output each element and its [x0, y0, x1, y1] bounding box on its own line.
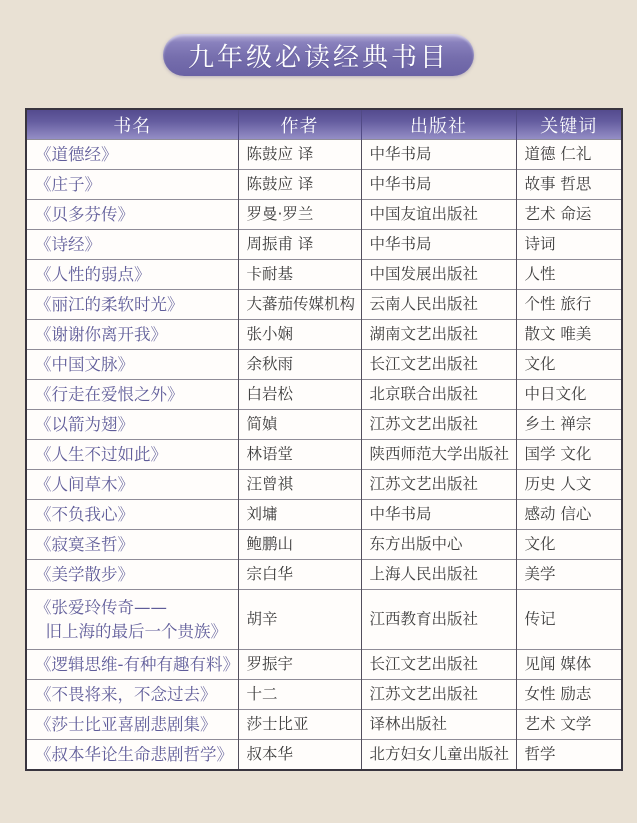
author-cell: 陈鼓应 译 [238, 170, 361, 200]
keywords-cell: 散文 唯美 [516, 320, 622, 350]
book-title-cell: 《道德经》 [26, 140, 238, 170]
table-row: 《人间草木》汪曾祺江苏文艺出版社历史 人文 [26, 470, 622, 500]
publisher-cell: 江苏文艺出版社 [361, 680, 516, 710]
author-cell: 卡耐基 [238, 260, 361, 290]
publisher-cell: 中华书局 [361, 230, 516, 260]
table-header: 书名 作者 出版社 关键词 [26, 109, 622, 140]
table-header-row: 书名 作者 出版社 关键词 [26, 109, 622, 140]
table-row: 《不负我心》刘墉中华书局感动 信心 [26, 500, 622, 530]
book-title-cell: 《寂寞圣哲》 [26, 530, 238, 560]
book-title-cell: 《中国文脉》 [26, 350, 238, 380]
book-title-cell: 《人间草木》 [26, 470, 238, 500]
book-title-cell: 《诗经》 [26, 230, 238, 260]
publisher-cell: 江苏文艺出版社 [361, 410, 516, 440]
keywords-cell: 文化 [516, 530, 622, 560]
author-cell: 陈鼓应 译 [238, 140, 361, 170]
author-cell: 简媜 [238, 410, 361, 440]
author-cell: 周振甫 译 [238, 230, 361, 260]
keywords-cell: 道德 仁礼 [516, 140, 622, 170]
keywords-cell: 哲学 [516, 740, 622, 771]
table-row: 《中国文脉》余秋雨长江文艺出版社文化 [26, 350, 622, 380]
table-row: 《逻辑思维-有种有趣有料》罗振宇长江文艺出版社见闻 媒体 [26, 650, 622, 680]
table-row: 《张爱玲传奇—— 旧上海的最后一个贵族》胡辛江西教育出版社传记 [26, 590, 622, 650]
author-cell: 白岩松 [238, 380, 361, 410]
table-row: 《行走在爱恨之外》白岩松北京联合出版社中日文化 [26, 380, 622, 410]
publisher-cell: 译林出版社 [361, 710, 516, 740]
author-cell: 叔本华 [238, 740, 361, 771]
keywords-cell: 艺术 文学 [516, 710, 622, 740]
author-cell: 大蕃茄传媒机构 [238, 290, 361, 320]
keywords-cell: 个性 旅行 [516, 290, 622, 320]
keywords-cell: 诗词 [516, 230, 622, 260]
author-cell: 汪曾祺 [238, 470, 361, 500]
book-title-cell: 《张爱玲传奇—— 旧上海的最后一个贵族》 [26, 590, 238, 650]
publisher-cell: 北京联合出版社 [361, 380, 516, 410]
table-row: 《不畏将来，不念过去》十二江苏文艺出版社女性 励志 [26, 680, 622, 710]
table-row: 《道德经》陈鼓应 译中华书局道德 仁礼 [26, 140, 622, 170]
column-header-publisher: 出版社 [361, 109, 516, 140]
publisher-cell: 东方出版中心 [361, 530, 516, 560]
book-title-cell: 《叔本华论生命悲剧哲学》 [26, 740, 238, 771]
author-cell: 罗振宇 [238, 650, 361, 680]
book-title-cell: 《不负我心》 [26, 500, 238, 530]
keywords-cell: 传记 [516, 590, 622, 650]
publisher-cell: 中国发展出版社 [361, 260, 516, 290]
book-title-cell: 《人生不过如此》 [26, 440, 238, 470]
book-title-cell: 《美学散步》 [26, 560, 238, 590]
author-cell: 十二 [238, 680, 361, 710]
book-title-cell: 《逻辑思维-有种有趣有料》 [26, 650, 238, 680]
keywords-cell: 中日文化 [516, 380, 622, 410]
book-title-cell: 《不畏将来，不念过去》 [26, 680, 238, 710]
book-title-cell: 《丽江的柔软时光》 [26, 290, 238, 320]
publisher-cell: 长江文艺出版社 [361, 650, 516, 680]
keywords-cell: 女性 励志 [516, 680, 622, 710]
keywords-cell: 感动 信心 [516, 500, 622, 530]
author-cell: 罗曼·罗兰 [238, 200, 361, 230]
author-cell: 胡辛 [238, 590, 361, 650]
keywords-cell: 乡土 禅宗 [516, 410, 622, 440]
book-table-body: 《道德经》陈鼓应 译中华书局道德 仁礼《庄子》陈鼓应 译中华书局故事 哲思《贝多… [26, 140, 622, 771]
author-cell: 宗白华 [238, 560, 361, 590]
keywords-cell: 文化 [516, 350, 622, 380]
column-header-author: 作者 [238, 109, 361, 140]
publisher-cell: 中华书局 [361, 170, 516, 200]
column-header-keywords: 关键词 [516, 109, 622, 140]
table-row: 《莎士比亚喜剧悲剧集》莎士比亚译林出版社艺术 文学 [26, 710, 622, 740]
publisher-cell: 江苏文艺出版社 [361, 470, 516, 500]
table-row: 《寂寞圣哲》鲍鹏山东方出版中心文化 [26, 530, 622, 560]
publisher-cell: 湖南文艺出版社 [361, 320, 516, 350]
table-row: 《丽江的柔软时光》大蕃茄传媒机构云南人民出版社个性 旅行 [26, 290, 622, 320]
table-row: 《人性的弱点》卡耐基中国发展出版社人性 [26, 260, 622, 290]
table-row: 《诗经》周振甫 译中华书局诗词 [26, 230, 622, 260]
book-title-cell: 《庄子》 [26, 170, 238, 200]
book-list-table: 书名 作者 出版社 关键词 《道德经》陈鼓应 译中华书局道德 仁礼《庄子》陈鼓应… [25, 108, 623, 771]
table-row: 《叔本华论生命悲剧哲学》叔本华北方妇女儿童出版社哲学 [26, 740, 622, 771]
author-cell: 莎士比亚 [238, 710, 361, 740]
keywords-cell: 故事 哲思 [516, 170, 622, 200]
page-title-banner: 九年级必读经典书目 [163, 34, 474, 76]
keywords-cell: 国学 文化 [516, 440, 622, 470]
publisher-cell: 中国友谊出版社 [361, 200, 516, 230]
column-header-book-title: 书名 [26, 109, 238, 140]
table-row: 《美学散步》宗白华上海人民出版社美学 [26, 560, 622, 590]
book-title-cell: 《人性的弱点》 [26, 260, 238, 290]
book-title-cell: 《贝多芬传》 [26, 200, 238, 230]
author-cell: 张小娴 [238, 320, 361, 350]
publisher-cell: 云南人民出版社 [361, 290, 516, 320]
author-cell: 刘墉 [238, 500, 361, 530]
table-row: 《谢谢你离开我》张小娴湖南文艺出版社散文 唯美 [26, 320, 622, 350]
table-row: 《贝多芬传》罗曼·罗兰中国友谊出版社艺术 命运 [26, 200, 622, 230]
publisher-cell: 长江文艺出版社 [361, 350, 516, 380]
author-cell: 林语堂 [238, 440, 361, 470]
book-title-cell: 《谢谢你离开我》 [26, 320, 238, 350]
publisher-cell: 上海人民出版社 [361, 560, 516, 590]
keywords-cell: 美学 [516, 560, 622, 590]
page-title: 九年级必读经典书目 [188, 37, 449, 74]
book-title-cell: 《行走在爱恨之外》 [26, 380, 238, 410]
publisher-cell: 陕西师范大学出版社 [361, 440, 516, 470]
publisher-cell: 中华书局 [361, 140, 516, 170]
book-title-cell: 《以箭为翅》 [26, 410, 238, 440]
keywords-cell: 艺术 命运 [516, 200, 622, 230]
publisher-cell: 江西教育出版社 [361, 590, 516, 650]
keywords-cell: 人性 [516, 260, 622, 290]
book-title-cell: 《莎士比亚喜剧悲剧集》 [26, 710, 238, 740]
author-cell: 余秋雨 [238, 350, 361, 380]
keywords-cell: 历史 人文 [516, 470, 622, 500]
table-row: 《人生不过如此》林语堂陕西师范大学出版社国学 文化 [26, 440, 622, 470]
table-row: 《庄子》陈鼓应 译中华书局故事 哲思 [26, 170, 622, 200]
keywords-cell: 见闻 媒体 [516, 650, 622, 680]
publisher-cell: 中华书局 [361, 500, 516, 530]
table-row: 《以箭为翅》简媜江苏文艺出版社乡土 禅宗 [26, 410, 622, 440]
author-cell: 鲍鹏山 [238, 530, 361, 560]
publisher-cell: 北方妇女儿童出版社 [361, 740, 516, 771]
